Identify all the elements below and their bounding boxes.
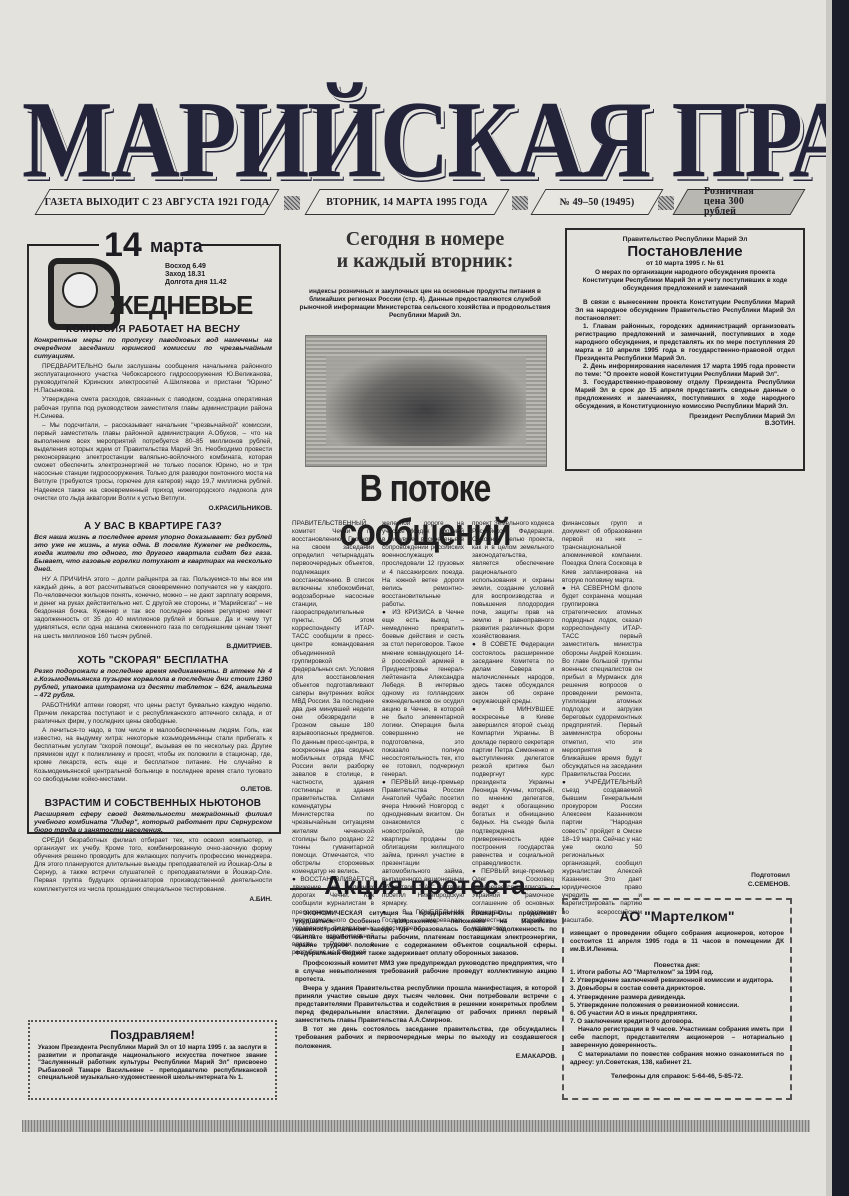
agenda-item: 5. Утверждение положения о ревизионной к… xyxy=(570,1002,784,1010)
price-band: Розничная цена 300 рублей xyxy=(680,189,798,215)
newspaper-page: МАРИЙСКАЯ ПРАВДА ГАЗЕТА ВЫХОДИТ С 23 АВГ… xyxy=(0,0,826,1196)
decree-signer-title: Президент Республики Марий Эл xyxy=(575,413,795,420)
protest-heading: Акция протеста xyxy=(300,870,550,901)
date-day: 14 xyxy=(104,228,142,262)
article-gas: А У ВАС В КВАРТИРЕ ГАЗ? Вся наша жизнь в… xyxy=(34,523,272,651)
decree-org: Правительство Республики Марий Эл xyxy=(575,236,795,243)
congrats-box: Поздравляем! Указом Президента Республик… xyxy=(28,1020,277,1100)
agenda-list: 1. Итоги работы АО "Мартелком" за 1994 г… xyxy=(564,969,790,1067)
congrats-text: Указом Президента Республики Марий Эл от… xyxy=(30,1042,275,1084)
divider xyxy=(27,244,99,246)
article-newtons: ВЗРАСТИМ И СОБСТВЕННЫХ НЬЮТОНОВ Расширяе… xyxy=(34,800,272,904)
martelcom-title: АО "Мартелком" xyxy=(564,908,790,924)
today-text: индексы розничных и закупочных цен на ос… xyxy=(295,288,555,320)
martelcom-box: АО "Мартелком" извещает о проведении общ… xyxy=(562,898,792,1100)
day-length: Долгота дня 11.42 xyxy=(165,279,227,287)
article-commission: КОМИССИЯ РАБОТАЕТ НА ВЕСНУ Конкретные ме… xyxy=(34,326,272,513)
congrats-title: Поздравляем! xyxy=(30,1028,275,1042)
news-photo xyxy=(305,335,547,467)
decree-title: Постановление xyxy=(575,243,795,260)
date-month: марта xyxy=(150,236,203,257)
decree-number: от 10 марта 1995 г. № 61 xyxy=(575,260,795,267)
stream-signature-label: Подготовил xyxy=(640,872,790,879)
band-separator xyxy=(512,196,528,210)
phones: Телефоны для справок: 5-64-46, 5-85-72. xyxy=(564,1073,790,1080)
daily-logo-word: ЖЕДНЕВЬЕ xyxy=(110,290,252,321)
band-separator xyxy=(658,196,674,210)
agenda-item: 4. Утверждение размера дивиденда. xyxy=(570,994,784,1002)
band-separator xyxy=(284,196,300,210)
page-edge xyxy=(826,0,849,1196)
decree-body: В связи с вынесением проекта Конституции… xyxy=(575,299,795,411)
decree-signer-name: В.ЗОТИН. xyxy=(575,420,795,427)
masthead-title: МАРИЙСКАЯ ПРАВДА xyxy=(22,82,806,197)
article-ambulance: ХОТЬ "СКОРАЯ" БЕСПЛАТНА Резко подорожали… xyxy=(34,657,272,794)
agenda-item: 6. Об участии АО в иных предприятиях. xyxy=(570,1010,784,1018)
issue-band: № 49–50 (19495) xyxy=(538,189,656,215)
agenda-item: 7. О заключении кредитного договора. xyxy=(570,1018,784,1026)
today-heading: Сегодня в номере и каждый вторник: xyxy=(300,228,550,272)
sun-times: Восход 6.49 Заход 18.31 Долгота дня 11.4… xyxy=(165,263,227,287)
agenda-item: 3. Довыборы в состав совета директоров. xyxy=(570,985,784,993)
sunrise: Восход 6.49 xyxy=(165,263,227,271)
sunset: Заход 18.31 xyxy=(165,271,227,279)
stream-signature: С.СЕМЕНОВ. xyxy=(640,881,790,888)
divider xyxy=(200,244,279,246)
registration-note: Начало регистрации в 9 часов. Участникам… xyxy=(570,1026,784,1050)
date-band: ВТОРНИК, 14 МАРТА 1995 ГОДА xyxy=(312,189,502,215)
decree-box: Правительство Республики Марий Эл Постан… xyxy=(565,228,805,471)
stream-column-4: финансовых групп и документ об образован… xyxy=(562,520,642,925)
footer-strip xyxy=(22,1120,810,1132)
decree-subject: О мерах по организации народного обсужде… xyxy=(575,269,795,293)
left-articles: КОМИССИЯ РАБОТАЕТ НА ВЕСНУ Конкретные ме… xyxy=(34,320,272,904)
martelcom-intro: извещает о проведении общего собрания ак… xyxy=(564,924,790,954)
protest-body: ЭКОНОМИЧЕСКАЯ ситуация на предприятиях Й… xyxy=(295,910,557,1061)
founded-band: ГАЗЕТА ВЫХОДИТ С 23 АВГУСТА 1921 ГОДА xyxy=(42,189,272,215)
materials-note: С материалами по повестке собрания можно… xyxy=(570,1051,784,1067)
